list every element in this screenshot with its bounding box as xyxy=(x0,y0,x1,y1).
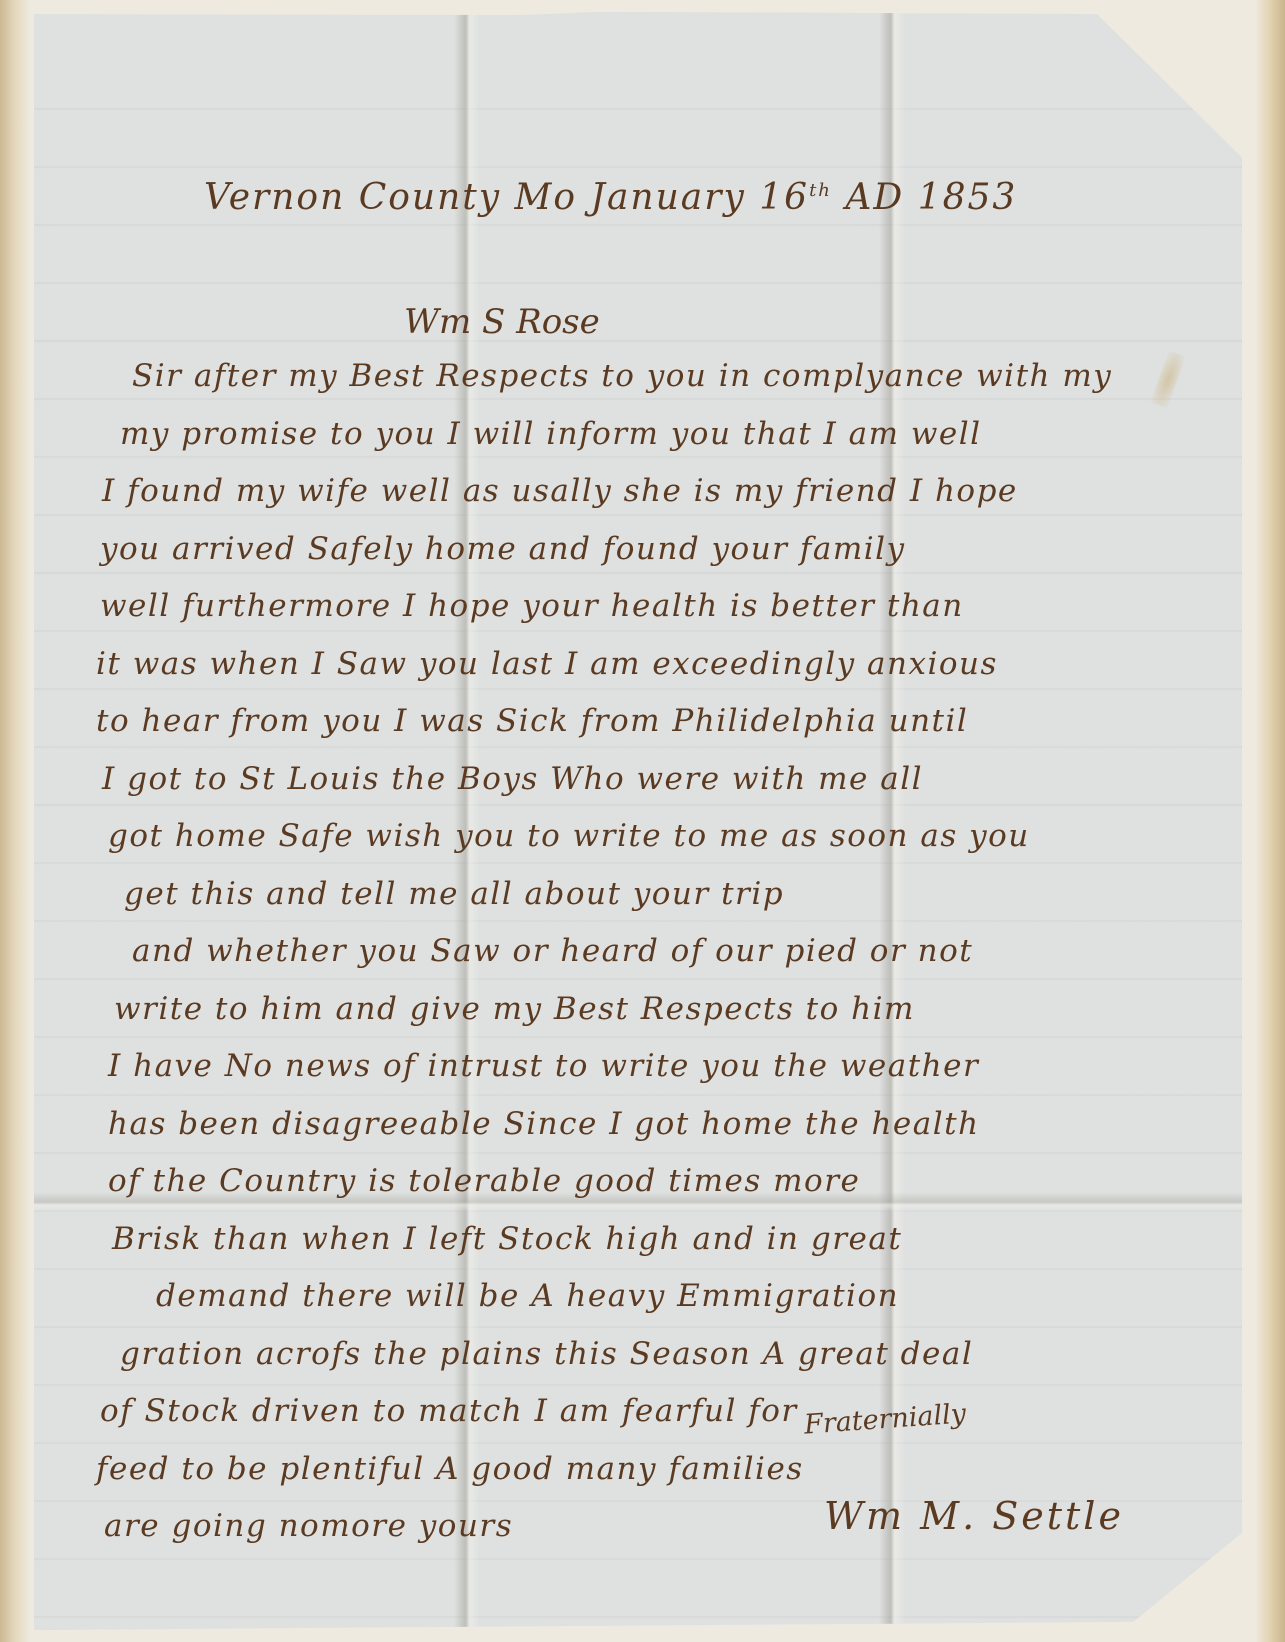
month: January xyxy=(591,177,746,218)
letter-body: Sir after my Best Respects to you in com… xyxy=(72,348,1232,1556)
day-suffix: th xyxy=(809,180,832,201)
body-line: to hear from you I was Sick from Philide… xyxy=(72,693,1232,751)
body-line: Sir after my Best Respects to you in com… xyxy=(72,348,1232,406)
place: Vernon County Mo xyxy=(204,177,577,218)
body-line: my promise to you I will inform you that… xyxy=(72,406,1232,464)
body-line: it was when I Saw you last I am exceedin… xyxy=(72,636,1232,694)
dateline: Vernon County Mo January 16th AD 1853 xyxy=(204,177,1017,218)
body-line: and whether you Saw or heard of our pied… xyxy=(72,923,1232,981)
body-line: demand there will be A heavy Emmigration xyxy=(72,1268,1232,1326)
body-line: of the Country is tolerable good times m… xyxy=(72,1153,1232,1211)
letter-text: Vernon County Mo January 16th AD 1853 Wm… xyxy=(34,12,1242,1630)
body-line: write to him and give my Best Respects t… xyxy=(72,981,1232,1039)
body-line: I got to St Louis the Boys Who were with… xyxy=(72,751,1232,809)
body-line: you arrived Safely home and found your f… xyxy=(72,521,1232,579)
body-line: of Stock driven to match I am fearful fo… xyxy=(72,1383,1232,1441)
body-line: I have No news of intrust to write you t… xyxy=(72,1038,1232,1096)
body-line: get this and tell me all about your trip xyxy=(72,866,1232,924)
body-line: well furthermore I hope your health is b… xyxy=(72,578,1232,636)
body-line: got home Safe wish you to write to me as… xyxy=(72,808,1232,866)
body-line: feed to be plentiful A good many familie… xyxy=(72,1441,1232,1499)
body-line: I found my wife well as usally she is my… xyxy=(72,463,1232,521)
body-line: gration acrofs the plains this Season A … xyxy=(72,1326,1232,1384)
recipient: Wm S Rose xyxy=(404,302,600,342)
body-line: Brisk than when I left Stock high and in… xyxy=(72,1211,1232,1269)
day: 16 xyxy=(759,177,809,218)
signature: Wm M. Settle xyxy=(824,1494,1124,1538)
era: AD xyxy=(845,177,904,218)
year: 1853 xyxy=(918,177,1018,218)
body-line: has been disagreeable Since I got home t… xyxy=(72,1096,1232,1154)
letter-page: Vernon County Mo January 16th AD 1853 Wm… xyxy=(34,12,1242,1630)
